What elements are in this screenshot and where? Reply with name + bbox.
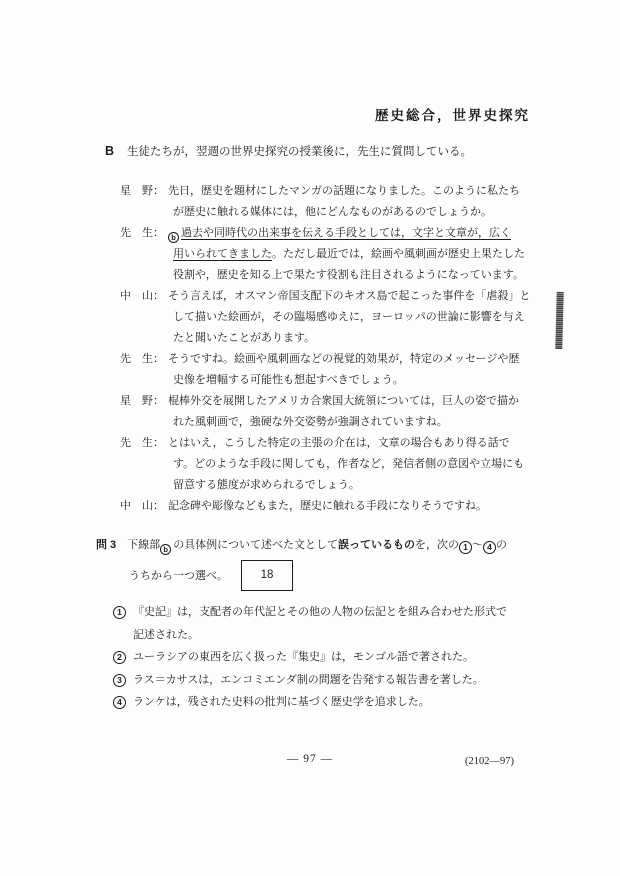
speech-line: す。どのような手段に関しても，作者など，発信者側の意図や立場にも bbox=[173, 454, 524, 475]
underline-marker-b-icon: b bbox=[168, 232, 179, 243]
speech-segment: 史像を増幅する可能性も想起すべきでしょう。 bbox=[173, 374, 404, 386]
speech-segment: 先日，歴史を題材にしたマンガの話題になりました。このように私たち bbox=[168, 185, 520, 197]
question-emphasis: 誤っているもの bbox=[338, 539, 415, 551]
speech-text: 先日，歴史を題材にしたマンガの話題になりました。このように私たちが歴史に触れる媒… bbox=[168, 181, 520, 223]
speech-text: 棍棒外交を展開したアメリカ合衆国大統領については，巨人の姿で描かれた風刺画で，強… bbox=[168, 391, 519, 433]
underlined-text: 過去や同時代の出来事を伝える手段としては，文字と文章が，広く bbox=[181, 227, 511, 239]
option-text-line: ランケは，残された史料の批判に基づく歴史学を追求した。 bbox=[133, 691, 430, 714]
speech-segment: そう言えば，オスマン帝国支配下のキオス島で起こった事件を「虐殺」と bbox=[168, 290, 530, 302]
page-number: — 97 — bbox=[0, 749, 620, 770]
dialogue-row: 星 野：先日，歴史を題材にしたマンガの話題になりました。このように私たちが歴史に… bbox=[120, 181, 530, 223]
speech-line: 先日，歴史を題材にしたマンガの話題になりました。このように私たち bbox=[168, 181, 520, 202]
speech-line: 棍棒外交を展開したアメリカ合衆国大統領については，巨人の姿で描か bbox=[168, 391, 519, 412]
option-text: 『史記』は，支配者の年代記とその他の人物の伝記とを組み合わせた形式で記述された。 bbox=[133, 601, 507, 646]
speech-segment: そうですね。絵画や風刺画などの視覚的効果が，特定のメッセージや歴 bbox=[168, 353, 519, 365]
exam-page: 歴史総合，世界史探究 B生徒たちが，翌週の世界史探究の授業後に，先生に質問してい… bbox=[0, 0, 620, 876]
option-row: 4ランケは，残された史料の批判に基づく歴史学を追求した。 bbox=[113, 691, 507, 714]
speech-line: とはいえ，こうした特定の主張の介在は，文章の場合もあり得る話で bbox=[168, 433, 524, 454]
speech-text: 記念碑や彫像などもまた，歴史に触れる手段になりそうですね。 bbox=[168, 496, 487, 517]
scan-edge-artifact bbox=[555, 292, 563, 349]
option-number-icon: 4 bbox=[113, 696, 126, 709]
speaker-name: 先 生： bbox=[120, 433, 168, 496]
speech-segment: が歴史に触れる媒体には，他にどんなものがあるのでしょうか。 bbox=[173, 206, 492, 218]
section-intro-text: 生徒たちが，翌週の世界史探究の授業後に，先生に質問している。 bbox=[127, 146, 472, 158]
dialogue-row: 星 野：棍棒外交を展開したアメリカ合衆国大統領については，巨人の姿で描かれた風刺… bbox=[120, 391, 530, 433]
dialogue-row: 先 生：b過去や同時代の出来事を伝える手段としては，文字と文章が，広く用いられて… bbox=[120, 223, 530, 286]
dialogue-row: 中 山：そう言えば，オスマン帝国支配下のキオス島で起こった事件を「虐殺」として描… bbox=[120, 286, 530, 349]
dialogue-row: 先 生：そうですね。絵画や風刺画などの視覚的効果が，特定のメッセージや歴史像を増… bbox=[120, 349, 530, 391]
option-text-line: ユーラシアの東西を広く扱った『集史』は，モンゴル語で著された。 bbox=[133, 646, 474, 669]
speech-segment: とはいえ，こうした特定の主張の介在は，文章の場合もあり得る話で bbox=[168, 437, 510, 449]
speech-segment: 役割や，歴史を知る上で果たす役割も注目されるようになっています。 bbox=[173, 269, 524, 281]
page-header: 歴史総合，世界史探究 bbox=[375, 105, 530, 126]
speech-line: そうですね。絵画や風刺画などの視覚的効果が，特定のメッセージや歴 bbox=[168, 349, 519, 370]
question-text-line1: 問 3下線部bの具体例について述べた文として誤っているものを，次の1～4の bbox=[96, 533, 507, 557]
question-text-line2: うちから一つ選べ。 18 bbox=[129, 560, 507, 591]
dialogue-row: 中 山：記念碑や彫像などもまた，歴史に触れる手段になりそうですね。 bbox=[120, 496, 530, 517]
option-range-end-icon: 4 bbox=[483, 541, 496, 554]
option-text-line: 『史記』は，支配者の年代記とその他の人物の伝記とを組み合わせた形式で bbox=[133, 601, 507, 624]
speech-line: 史像を増幅する可能性も想起すべきでしょう。 bbox=[173, 370, 519, 391]
option-text-line: ラス＝カサスは，エンコミエンダ制の問題を告発する報告書を著した。 bbox=[133, 669, 484, 692]
option-number-icon: 2 bbox=[113, 651, 126, 664]
speech-line: そう言えば，オスマン帝国支配下のキオス島で起こった事件を「虐殺」と bbox=[168, 286, 530, 307]
speech-segment: 。ただし最近では，絵画や風刺画が歴史上果たした bbox=[272, 248, 525, 260]
option-text: ラス＝カサスは，エンコミエンダ制の問題を告発する報告書を著した。 bbox=[133, 669, 484, 692]
question-text-pre: 下線部 bbox=[127, 539, 160, 551]
speech-text: とはいえ，こうした特定の主張の介在は，文章の場合もあり得る話です。どのような手段… bbox=[168, 433, 524, 496]
speaker-name: 星 野： bbox=[120, 391, 168, 433]
form-code: (2102—97) bbox=[465, 751, 514, 772]
underline-marker-b-icon: b bbox=[160, 544, 171, 555]
option-text: ユーラシアの東西を広く扱った『集史』は，モンゴル語で著された。 bbox=[133, 646, 474, 669]
question-label: 問 3 bbox=[96, 539, 116, 551]
speaker-name: 先 生： bbox=[120, 349, 168, 391]
question-text-tail: の bbox=[496, 539, 507, 551]
dialogue-block: 星 野：先日，歴史を題材にしたマンガの話題になりました。このように私たちが歴史に… bbox=[120, 181, 530, 517]
dialogue-row: 先 生：とはいえ，こうした特定の主張の介在は，文章の場合もあり得る話です。どのよ… bbox=[120, 433, 530, 496]
speech-segment: 棍棒外交を展開したアメリカ合衆国大統領については，巨人の姿で描か bbox=[168, 395, 519, 407]
speech-segment: たと聞いたことがあります。 bbox=[173, 332, 315, 344]
option-row: 1『史記』は，支配者の年代記とその他の人物の伝記とを組み合わせた形式で記述された… bbox=[113, 601, 507, 646]
speech-line: して描いた絵画が，その臨場感ゆえに，ヨーロッパの世論に影響を与え bbox=[173, 307, 530, 328]
speech-text: そうですね。絵画や風刺画などの視覚的効果が，特定のメッセージや歴史像を増幅する可… bbox=[168, 349, 519, 391]
question-instruction: うちから一つ選べ。 bbox=[129, 564, 228, 588]
options-list: 1『史記』は，支配者の年代記とその他の人物の伝記とを組み合わせた形式で記述された… bbox=[113, 601, 507, 714]
speaker-name: 中 山： bbox=[120, 496, 168, 517]
speech-text: b過去や同時代の出来事を伝える手段としては，文字と文章が，広く用いられてきました… bbox=[168, 223, 525, 286]
speech-line: が歴史に触れる媒体には，他にどんなものがあるのでしょうか。 bbox=[173, 202, 520, 223]
option-number-icon: 3 bbox=[113, 674, 126, 687]
speech-text: そう言えば，オスマン帝国支配下のキオス島で起こった事件を「虐殺」として描いた絵画… bbox=[168, 286, 530, 349]
speech-line: たと聞いたことがあります。 bbox=[173, 328, 530, 349]
section-intro: B生徒たちが，翌週の世界史探究の授業後に，先生に質問している。 bbox=[105, 141, 472, 163]
option-number-icon: 1 bbox=[113, 606, 126, 619]
option-text: ランケは，残された史料の批判に基づく歴史学を追求した。 bbox=[133, 691, 430, 714]
speaker-name: 先 生： bbox=[120, 223, 168, 286]
underlined-text: 用いられてきました bbox=[173, 248, 272, 260]
speech-segment: れた風刺画で，強硬な外交姿勢が強調されていますね。 bbox=[173, 416, 448, 428]
answer-number-box: 18 bbox=[241, 560, 293, 591]
option-range-start-icon: 1 bbox=[459, 541, 472, 554]
speech-line: れた風刺画で，強硬な外交姿勢が強調されていますね。 bbox=[173, 412, 519, 433]
speech-line: 記念碑や彫像などもまた，歴史に触れる手段になりそうですね。 bbox=[168, 496, 487, 517]
speech-segment: 記念碑や彫像などもまた，歴史に触れる手段になりそうですね。 bbox=[168, 500, 487, 512]
option-text-line: 記述された。 bbox=[133, 624, 507, 647]
speech-line: 用いられてきました。ただし最近では，絵画や風刺画が歴史上果たした bbox=[173, 244, 525, 265]
speech-line: 役割や，歴史を知る上で果たす役割も注目されるようになっています。 bbox=[173, 265, 525, 286]
speech-line: b過去や同時代の出来事を伝える手段としては，文字と文章が，広く bbox=[168, 223, 525, 244]
speech-segment: 留意する態度が求められるでしょう。 bbox=[173, 479, 360, 491]
speech-line: 留意する態度が求められるでしょう。 bbox=[173, 475, 524, 496]
option-row: 2ユーラシアの東西を広く扱った『集史』は，モンゴル語で著された。 bbox=[113, 646, 507, 669]
option-row: 3ラス＝カサスは，エンコミエンダ制の問題を告発する報告書を著した。 bbox=[113, 669, 507, 692]
speech-segment: す。どのような手段に関しても，作者など，発信者側の意図や立場にも bbox=[173, 458, 524, 470]
speech-segment: して描いた絵画が，その臨場感ゆえに，ヨーロッパの世論に影響を与え bbox=[173, 311, 525, 323]
option-range-separator: ～ bbox=[472, 539, 483, 551]
question-text-post: を，次の bbox=[415, 539, 459, 551]
speaker-name: 星 野： bbox=[120, 181, 168, 223]
section-label: B bbox=[105, 144, 114, 158]
page-title: 歴史総合，世界史探究 bbox=[375, 108, 530, 123]
question-3: 問 3下線部bの具体例について述べた文として誤っているものを，次の1～4の うち… bbox=[96, 533, 507, 591]
speaker-name: 中 山： bbox=[120, 286, 168, 349]
question-text-mid: の具体例について述べた文として bbox=[173, 539, 338, 551]
